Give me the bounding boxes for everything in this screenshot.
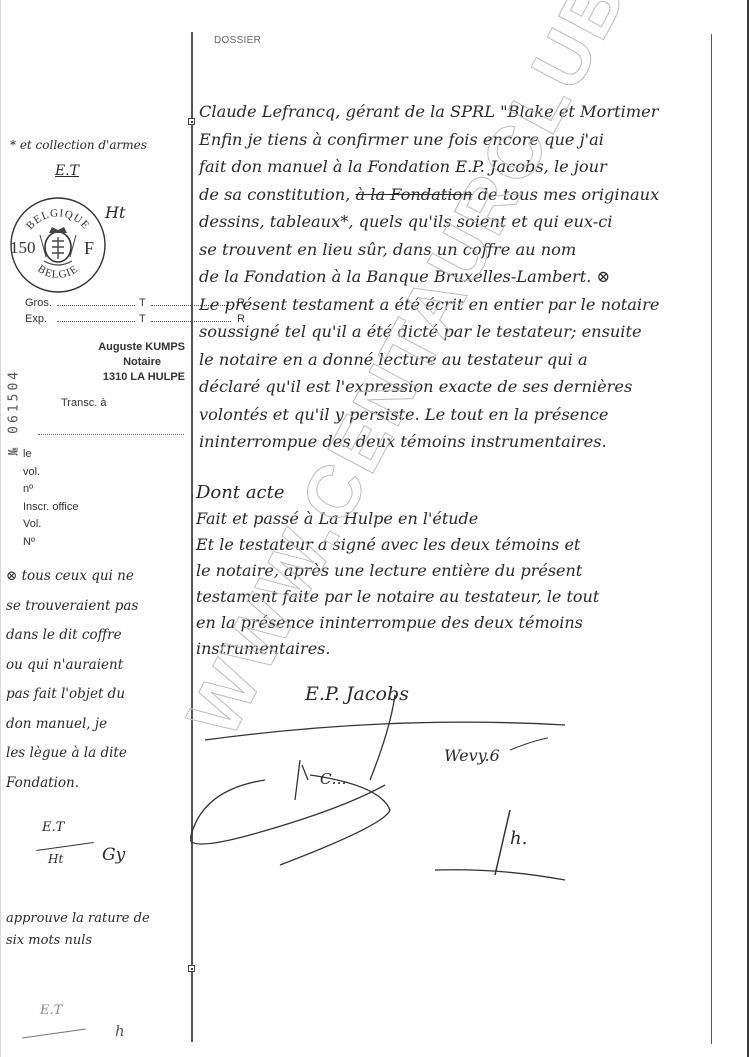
body-line: ininterrompue des deux témoins instrumen… [199,428,709,456]
page-edge-right [747,0,749,1057]
body-line: Le présent testament a été écrit en enti… [199,291,709,319]
binding-hole-marker-bottom [188,965,195,972]
svg-text:BELGIQUE: BELGIQUE [24,207,92,232]
notary-address: 1310 LA HULPE [35,370,185,385]
transc-label: Transc. à [61,397,106,409]
closing-line: le notaire, après une lecture entière du… [196,558,599,584]
initials-fraction-line [36,842,94,851]
closing-block: Dont acte Fait et passé à La Hulpe en l'… [196,480,599,662]
binding-hole-marker-top [188,118,195,125]
document-page: DOSSIER * et collection d'armes E.T Ht B… [0,0,750,1057]
signature-notary: h. [510,828,527,849]
svg-text:F: F [84,238,94,258]
signature-witness-1: C… [320,770,346,788]
closing-line: Et le testateur a signé avec les deux té… [196,532,599,558]
closing-line: en la présence ininterrompue des deux té… [196,610,599,636]
initials-bottom-line [22,1029,86,1039]
svg-text:150: 150 [10,238,36,257]
body-line: fait don manuel à la Fondation E.P. Jaco… [199,153,709,181]
page-edge-left [0,0,1,1057]
transc-dotted-line [38,434,184,435]
closing-line: Dont acte [196,480,599,506]
notary-title: Notaire [35,355,185,370]
body-line-with-strike: de sa constitution, à la Fondation de to… [199,181,709,209]
body-line: Claude Lefrancq, gérant de la SPRL "Blak… [199,98,709,126]
initials-bottom: E.T [40,1003,62,1018]
margin-signature-mid: Gy [102,845,125,865]
notary-block: Auguste KUMPS Notaire 1310 LA HULPE [35,340,185,385]
serial-number: № 061504 [2,340,26,460]
margin-rule-right [711,34,712,1044]
dotted-field [57,297,135,306]
body-line: se trouvent en lieu sûr, dans un coffre … [199,236,709,264]
body-line: Enfin je tiens à confirmer une fois enco… [199,126,709,154]
signature-witness-2: Wevy.6 [444,746,500,765]
dossier-label: DOSSIER [214,35,261,46]
testament-body: Claude Lefrancq, gérant de la SPRL "Blak… [199,98,709,456]
body-line: de la Fondation à la Banque Bruxelles-La… [199,263,709,291]
closing-line: testament faite par le notaire au testat… [196,584,599,610]
margin-signature-bottom: h [115,1022,125,1040]
initials-mid-lower: Ht [48,852,63,866]
dotted-field [57,313,135,322]
register-fields: le vol. nº Inscr. office Vol. Nº [23,446,78,551]
body-line: dessins, tableaux*, quels qu'ils soient … [199,208,709,236]
notary-name: Auguste KUMPS [35,340,185,355]
initials-mid: E.T [42,820,64,835]
initials-top: E.T [55,163,79,179]
struck-text: à la Fondation [356,185,473,204]
body-line: déclaré qu'il est l'expression exacte de… [199,373,709,401]
margin-note-rature: approuve la rature de six mots nuls [6,908,150,952]
closing-line: Fait et passé à La Hulpe en l'étude [196,506,599,532]
body-line: le notaire en a donné lecture au testate… [199,346,709,374]
body-line: soussigné tel qu'il a été dicté par le t… [199,318,709,346]
closing-line: instrumentaires. [196,636,599,662]
body-line: volontés et qu'il y persiste. Le tout en… [199,401,709,429]
margin-note-block: ⊗ tous ceux qui ne se trouveraient pas d… [6,562,138,798]
signature-strokes-icon [190,670,710,910]
margin-signature-top: Ht [105,203,125,222]
fiscal-stamp-icon: BELGIQUE BELGIE 150 F [8,195,108,295]
margin-note-collection: * et collection d'armes [10,138,147,152]
